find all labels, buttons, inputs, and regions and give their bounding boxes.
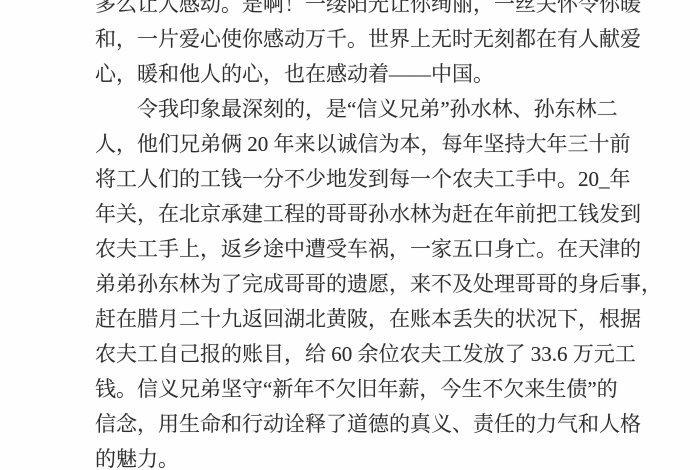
text-line: 赶在腊月二十九返回湖北黄陂，在账本丢失的状况下，根据 bbox=[95, 302, 643, 337]
text-line: 信念，用生命和行动诠释了道德的真义、责任的力气和人格 bbox=[95, 407, 643, 442]
text-line: 农夫工手上，返乡途中遭受车祸，一家五口身亡。在天津的 bbox=[95, 232, 643, 267]
text-line: 和，一片爱心使你感动万千。世界上无时无刻都在有人献爱 bbox=[95, 22, 643, 57]
document-page: 多么让人感动。是啊！一缕阳光让你绚丽，一丝关怀令你暖和，一片爱心使你感动万千。世… bbox=[0, 0, 700, 470]
text-line: 钱。信义兄弟坚守“新年不欠旧年薪，今生不欠来生债”的 bbox=[95, 372, 643, 407]
text-line: 心，暖和他人的心，也在感动着——中国。 bbox=[95, 57, 643, 92]
text-line: 多么让人感动。是啊！一缕阳光让你绚丽，一丝关怀令你暖 bbox=[95, 0, 643, 22]
text-line: 将工人们的工钱一分不少地发到每一个农夫工手中。20_年 bbox=[95, 162, 643, 197]
text-line: 年关，在北京承建工程的哥哥孙水林为赶在年前把工钱发到 bbox=[95, 197, 643, 232]
text-line: 弟弟孙东林为了完成哥哥的遗愿，来不及处理哥哥的身后事， bbox=[95, 267, 643, 302]
text-block: 多么让人感动。是啊！一缕阳光让你绚丽，一丝关怀令你暖和，一片爱心使你感动万千。世… bbox=[95, 0, 643, 470]
text-line: 农夫工自己报的账目，给 60 余位农夫工发放了 33.6 万元工 bbox=[95, 337, 643, 372]
text-line: 人，他们兄弟俩 20 年来以诚信为本，每年坚持大年三十前 bbox=[95, 127, 643, 162]
text-line: 的魅力。 bbox=[95, 442, 643, 470]
text-line: 令我印象最深刻的，是“信义兄弟”孙水林、孙东林二 bbox=[95, 92, 643, 127]
